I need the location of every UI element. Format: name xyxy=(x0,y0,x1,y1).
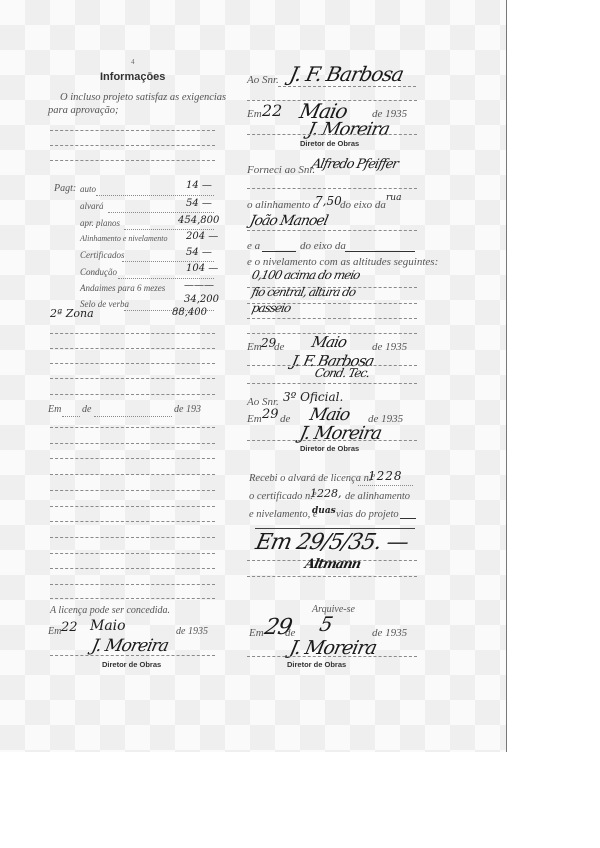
blank-dash xyxy=(262,251,296,252)
date-day: 22 xyxy=(61,620,78,635)
signature-title: Diretor de Obras xyxy=(300,444,359,453)
eixo-value: rua xyxy=(386,193,401,203)
to-label: Ao Snr. xyxy=(247,74,279,86)
zone-label: 2ª Zona xyxy=(50,307,94,320)
fee-label: Andaimes para 6 mezes xyxy=(80,283,165,293)
date-suffix: de 193 xyxy=(174,404,201,415)
dotted-leader xyxy=(108,212,214,213)
blank-line xyxy=(50,443,215,444)
blank-line xyxy=(50,584,215,585)
fees-heading: Pagt: xyxy=(54,183,76,194)
date-mid: de xyxy=(274,341,284,353)
niv-suffix: vias do projeto xyxy=(336,509,399,520)
underline xyxy=(255,528,415,529)
date-prefix: Em xyxy=(48,404,61,415)
blank-line xyxy=(50,521,215,522)
date-prefix: Em xyxy=(249,627,264,639)
cert-suffix: de alinhamento xyxy=(345,491,410,502)
fee-label: Certificados xyxy=(80,250,125,260)
forneci-value: Alfredo Pfeiffer xyxy=(310,157,399,172)
intro-line-2: para aprovação; xyxy=(48,105,118,116)
fee-value: 14 — xyxy=(186,180,212,191)
date-prefix: Em xyxy=(247,341,262,353)
fee-label: apr. planos xyxy=(80,218,120,228)
cert-label: o certificado n.º xyxy=(249,491,316,502)
blank-line xyxy=(50,598,215,599)
date-prefix: Em xyxy=(247,108,262,120)
blank-line xyxy=(50,363,215,364)
blank-line xyxy=(50,458,215,459)
blank-line xyxy=(358,485,413,486)
eixo-label: do eixo da xyxy=(340,199,386,211)
signature: Altmann xyxy=(303,557,361,572)
signature-title: Diretor de Obras xyxy=(287,660,346,669)
blank-line xyxy=(50,427,215,428)
date-day: 29 xyxy=(262,407,279,422)
fee-value: 104 — xyxy=(186,263,218,274)
recipient: J. F. Barbosa xyxy=(287,62,405,86)
date-month: Maio xyxy=(308,405,351,425)
fee-label: Alinhamento e nivelamento xyxy=(80,234,168,243)
recebi-label: Recebi o alvará de licença n.º xyxy=(249,473,375,484)
blank-day xyxy=(62,416,80,417)
line2-prefix: e a xyxy=(247,240,260,252)
license-note: A licença pode ser concedida. xyxy=(50,605,170,616)
altitude-line-1: 0,100 acima do meio xyxy=(251,268,361,282)
signature: J. Moreira xyxy=(90,636,170,656)
receipt-date: Em 29/5/35. — xyxy=(253,530,410,555)
date-day: 22 xyxy=(262,101,282,120)
recipient: 3º Oficial. xyxy=(283,390,343,404)
document-page: 4 Informaçōes O incluso projeto satisfaz… xyxy=(0,0,507,752)
blank-line xyxy=(50,490,215,491)
dotted-leader xyxy=(96,195,214,196)
alinhamento-label: o alinhamento a xyxy=(247,199,319,211)
date-month: Maio xyxy=(310,333,348,351)
blank-line xyxy=(50,160,215,161)
altitude-line-3: passeio xyxy=(251,301,292,315)
license-number: 1228 xyxy=(368,469,403,483)
alinhamento-value: 7,50 xyxy=(315,194,342,208)
page-number: 4 xyxy=(131,58,135,66)
blank-line xyxy=(247,383,417,384)
niv-label: e nivelamento, e xyxy=(249,509,318,520)
signature-title: Diretor de Obras xyxy=(300,139,359,148)
signature-line xyxy=(247,440,417,441)
street-name: João Manoel xyxy=(248,213,329,229)
dotted-leader xyxy=(118,278,214,279)
signature-line xyxy=(247,656,417,657)
date-suffix: de 1935 xyxy=(372,341,407,353)
fee-value: 204 — xyxy=(186,231,218,242)
date-prefix: Em xyxy=(247,413,262,425)
fee-label: alvará xyxy=(80,201,104,211)
blank-line xyxy=(50,130,215,131)
blank-line xyxy=(247,230,417,231)
blank-line xyxy=(278,86,416,87)
altitude-line-2: fio central, altura do xyxy=(251,285,357,299)
fee-value: 54 — xyxy=(186,198,212,209)
signature-title: Cond. Tec. xyxy=(314,366,371,380)
blank-line xyxy=(50,333,215,334)
blank-line xyxy=(50,348,215,349)
line2-mid: do eixo da xyxy=(300,240,346,252)
blank-dash xyxy=(400,518,416,519)
signature-line xyxy=(247,134,417,135)
blank-line xyxy=(50,537,215,538)
blank-month xyxy=(94,416,172,417)
blank-line xyxy=(50,553,215,554)
copies-count: duas xyxy=(312,506,336,516)
blank-line xyxy=(50,145,215,146)
signature-title: Diretor de Obras xyxy=(102,660,161,669)
blank-line xyxy=(50,474,215,475)
blank-line xyxy=(50,506,215,507)
blank-line xyxy=(50,378,215,379)
blank-line xyxy=(247,576,417,577)
section-title: Informaçōes xyxy=(100,71,165,83)
blank-line xyxy=(247,188,417,189)
date-mid: de xyxy=(82,404,91,415)
intro-line-1: O incluso projeto satisfaz as exigencias xyxy=(60,92,226,103)
fee-label: auto xyxy=(80,184,96,194)
date-month: 5 xyxy=(317,612,334,636)
date-suffix: de 1935 xyxy=(176,626,208,637)
blank-dash xyxy=(345,251,415,252)
cert-number: 1228, xyxy=(310,487,342,500)
dotted-leader xyxy=(122,261,214,262)
blank-line xyxy=(50,568,215,569)
fee-value: 34,200 xyxy=(184,294,219,305)
date-prefix: Em xyxy=(48,626,61,637)
forneci-label: Forneci ao Snr. xyxy=(247,164,315,176)
signature: J. Moreira xyxy=(306,119,391,140)
date-mid: de xyxy=(280,413,290,425)
fee-value: ——— xyxy=(184,280,214,291)
nivelamento-label: e o nivelamento com as altitudes seguint… xyxy=(247,256,438,268)
zone-value: 88,400 xyxy=(172,307,207,318)
dotted-leader xyxy=(124,229,214,230)
fee-value: 454,800 xyxy=(178,215,219,226)
fee-value: 54 — xyxy=(186,247,212,258)
date-month: Maio xyxy=(90,618,126,634)
blank-line xyxy=(247,318,417,319)
blank-line xyxy=(50,394,215,395)
fee-label: Condução xyxy=(80,267,117,277)
